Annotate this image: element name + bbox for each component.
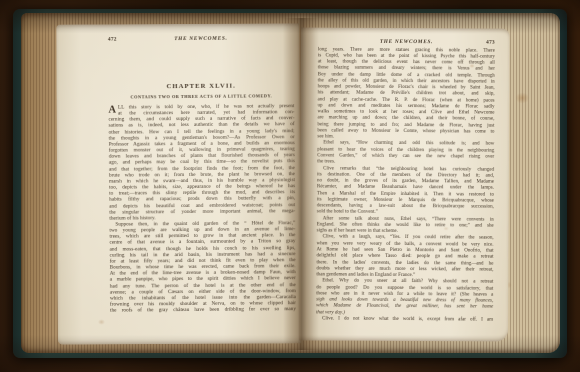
page-number-left: 472: [108, 36, 138, 42]
chapter-heading-block: CHAPTER XLVII. CONTAINS TWO OR THREE ACT…: [108, 82, 294, 99]
text-line: Clive. I do not know what the world is, …: [316, 316, 493, 324]
book-photograph: 472 THE NEWCOMES. CHAPTER XLVII. CONTAIN…: [0, 0, 580, 372]
chapter-title: CHAPTER XLVII.: [108, 82, 294, 90]
right-page-content: THE NEWCOMES. 473 long years. There are …: [316, 38, 495, 323]
left-page-content: 472 THE NEWCOMES. CHAPTER XLVII. CONTAIN…: [108, 35, 296, 314]
left-page-text: A LL this story is told by one, who, if …: [108, 103, 296, 314]
running-title-right: THE NEWCOMES.: [348, 39, 465, 46]
left-page-header: 472 THE NEWCOMES.: [108, 35, 294, 42]
page-number-right: 473: [465, 39, 495, 45]
drop-cap: A: [108, 104, 116, 116]
right-page-text: long years. There are more statues graci…: [316, 47, 495, 324]
chapter-subtitle: CONTAINS TWO OR THREE ACTS OF A LITTLE C…: [108, 93, 294, 99]
right-page-header: THE NEWCOMES. 473: [318, 38, 495, 45]
left-page: 472 THE NEWCOMES. CHAPTER XLVII. CONTAIN…: [56, 23, 301, 344]
text-line: the roofs of the gray château have been …: [110, 306, 296, 314]
right-page: THE NEWCOMES. 473 long years. There are …: [299, 27, 510, 341]
book-gutter-shadow: [283, 18, 319, 350]
running-title-left: THE NEWCOMES.: [138, 35, 264, 42]
